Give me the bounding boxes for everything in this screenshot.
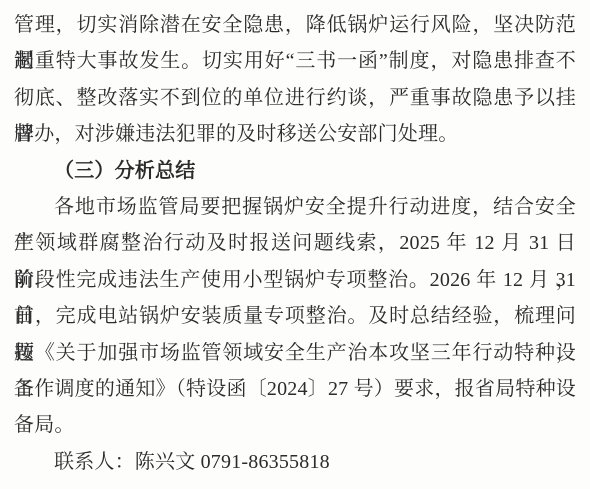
section-heading: （三）分析总结 <box>14 153 576 189</box>
text-line-4: 督办，对涉嫌违法犯罪的及时移送公安部门处理。 <box>14 116 576 152</box>
text-line-7: 产领域群腐整治行动及时报送问题线索，2025 年 12 月 31 日前， <box>14 225 576 261</box>
contact-line: 联系人：陈兴文 0791-86355818 <box>14 444 576 480</box>
document-page: 管理，切实消除潜在安全隐患，降低锅炉运行风险，坚决防范遏 制重特大事故发生。切实… <box>0 0 590 489</box>
text-line-2: 制重特大事故发生。切实用好“三书一函”制度，对隐患排查不 <box>14 43 576 79</box>
text-line-8: 阶段性完成违法生产使用小型锅炉专项整治。2026 年 12 月 31 日 <box>14 262 576 298</box>
text-line-1: 管理，切实消除潜在安全隐患，降低锅炉运行风险，坚决防范遏 <box>14 7 576 43</box>
text-line-10: 按《关于加强市场监管领域安全生产治本攻坚三年行动特种设备 <box>14 335 576 371</box>
text-line-6: 各地市场监管局要把握锅炉安全提升行动进度，结合安全生 <box>14 189 576 225</box>
text-line-11: 工作调度的通知》（特设函〔2024〕27 号）要求，报省局特种设 <box>14 371 576 407</box>
text-line-12: 备局。 <box>14 407 576 443</box>
text-line-3: 彻底、整改落实不到位的单位进行约谈，严重事故隐患予以挂牌 <box>14 80 576 116</box>
text-line-9: 前，完成电站锅炉安装质量专项整治。及时总结经验，梳理问题， <box>14 298 576 334</box>
